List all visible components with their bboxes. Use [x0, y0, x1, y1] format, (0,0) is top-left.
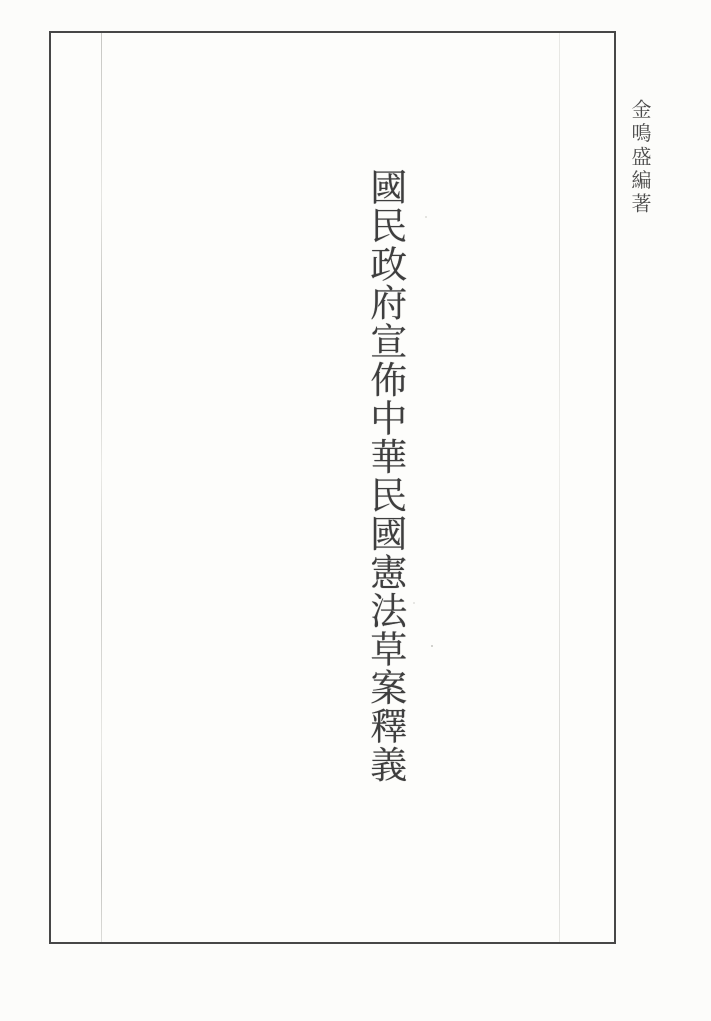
- author-credit-vertical: 金鳴盛編著: [628, 99, 652, 239]
- scan-fold-line-left: [101, 33, 102, 942]
- scan-speck: [413, 602, 415, 604]
- scan-speck: [431, 645, 433, 647]
- book-title-vertical: 國民政府宣佈中華民國憲法草案釋義: [364, 168, 405, 808]
- scanned-book-page: 國民政府宣佈中華民國憲法草案釋義 金鳴盛編著: [0, 0, 711, 1021]
- scan-speck: [425, 216, 427, 218]
- title-page-frame: 國民政府宣佈中華民國憲法草案釋義 金鳴盛編著: [49, 31, 616, 944]
- scan-fold-line-right: [559, 33, 560, 942]
